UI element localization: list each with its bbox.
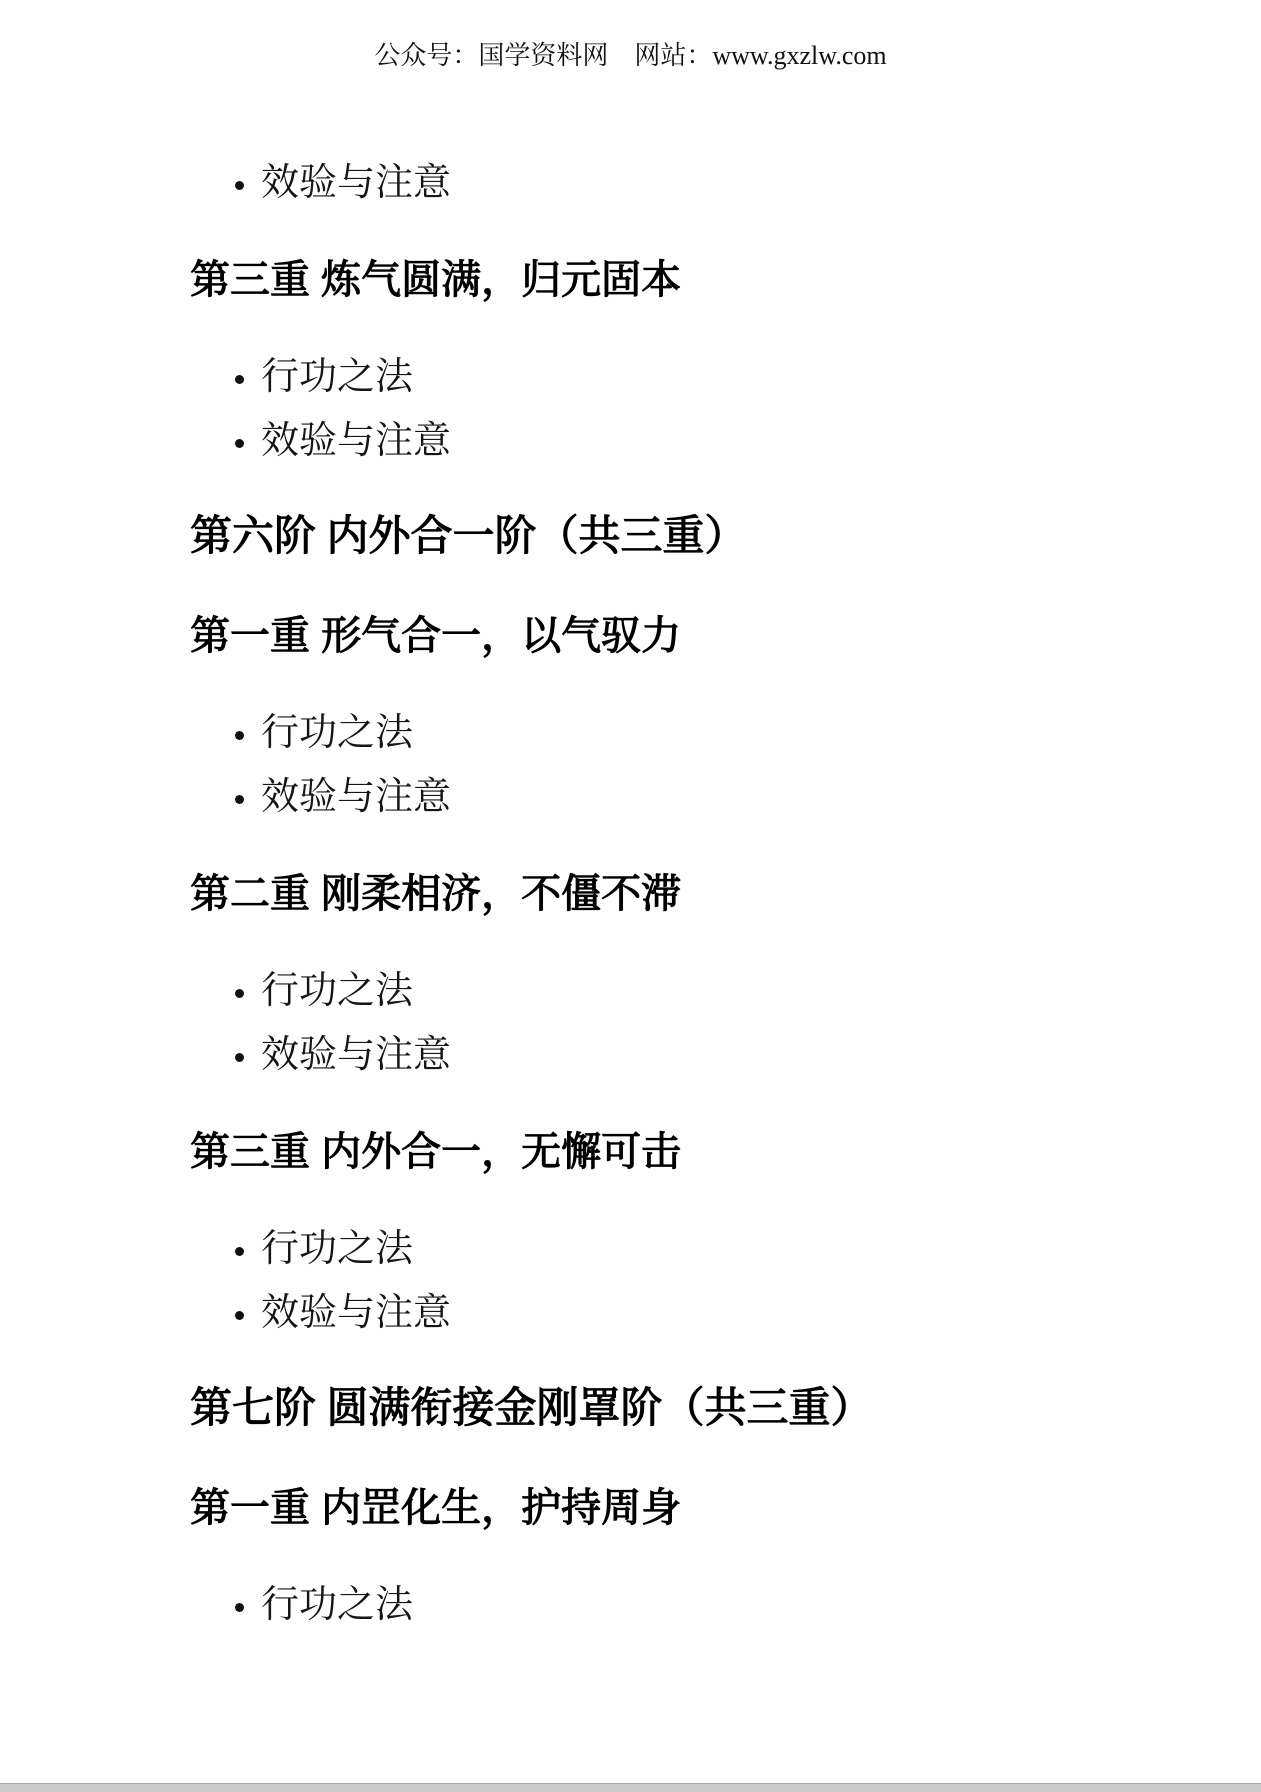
- sub-heading: 第一重 内罡化生，护持周身: [190, 1483, 1201, 1533]
- list-item-text: 效验与注意: [261, 1031, 451, 1079]
- list-item: 行功之法: [190, 967, 1201, 1015]
- bullet-icon: [235, 375, 244, 384]
- list-item-text: 效验与注意: [261, 773, 451, 821]
- page-bottom-edge: [0, 1783, 1261, 1792]
- sub-heading: 第二重 刚柔相济，不僵不滞: [190, 869, 1201, 919]
- list-item-text: 效验与注意: [261, 1289, 451, 1337]
- sub-heading: 第三重 内外合一，无懈可击: [190, 1127, 1201, 1177]
- list-item: 效验与注意: [190, 159, 1201, 207]
- list-item-text: 行功之法: [261, 1581, 413, 1629]
- sub-heading: 第一重 形气合一，以气驭力: [190, 611, 1201, 661]
- bullet-icon: [235, 181, 244, 190]
- list-item-text: 效验与注意: [261, 417, 451, 465]
- document-content: 效验与注意 第三重 炼气圆满，归元固本 行功之法 效验与注意 第六阶 内外合一阶…: [0, 159, 1261, 1629]
- bullet-icon: [235, 439, 244, 448]
- bullet-icon: [235, 795, 244, 804]
- stage-heading: 第七阶 圆满衔接金刚罩阶（共三重）: [190, 1383, 1201, 1435]
- list-item: 行功之法: [190, 1581, 1201, 1629]
- page-header-text: 公众号：国学资料网 网站：www.gxzlw.com: [374, 41, 886, 70]
- list-item-text: 行功之法: [261, 967, 413, 1015]
- list-item: 效验与注意: [190, 1289, 1201, 1337]
- list-item: 行功之法: [190, 353, 1201, 401]
- list-item-text: 行功之法: [261, 709, 413, 757]
- list-item-text: 行功之法: [261, 1225, 413, 1273]
- list-item: 效验与注意: [190, 1031, 1201, 1079]
- page-header: 公众号：国学资料网 网站：www.gxzlw.com: [0, 0, 1261, 73]
- list-item: 效验与注意: [190, 773, 1201, 821]
- sub-heading: 第三重 炼气圆满，归元固本: [190, 255, 1201, 305]
- bullet-icon: [235, 1311, 244, 1320]
- bullet-icon: [235, 1247, 244, 1256]
- stage-heading: 第六阶 内外合一阶（共三重）: [190, 511, 1201, 563]
- list-item-text: 效验与注意: [261, 159, 451, 207]
- bullet-icon: [235, 731, 244, 740]
- document-page: 公众号：国学资料网 网站：www.gxzlw.com 效验与注意 第三重 炼气圆…: [0, 0, 1261, 1792]
- list-item: 行功之法: [190, 709, 1201, 757]
- bullet-icon: [235, 1603, 244, 1612]
- list-item: 行功之法: [190, 1225, 1201, 1273]
- list-item-text: 行功之法: [261, 353, 413, 401]
- bullet-icon: [235, 989, 244, 998]
- list-item: 效验与注意: [190, 417, 1201, 465]
- bullet-icon: [235, 1053, 244, 1062]
